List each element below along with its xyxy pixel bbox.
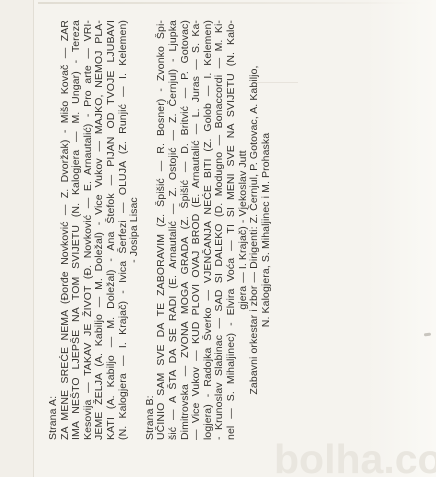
side-a-heading: Strana A: — [48, 20, 60, 440]
track-line: šić — A ŠTA DA SE RADI (E. Arnautalić — … — [168, 20, 180, 440]
track-line: — Vice Vukov — KUD PLOVI OVAJ BROD (E. A… — [191, 20, 203, 440]
track-line: KATI (A. Kabiljo — M. Doležal) - Ana Šte… — [106, 20, 118, 440]
track-line-artist: - Josipa Lisac — [129, 20, 141, 440]
card-left-margin — [0, 0, 33, 477]
scanned-cassette-inlay: Strana A: ZA MENE SREĆE NEMA (Đorđe Novk… — [0, 0, 436, 477]
credits-line: N. Kalogjera, S. Mihaljinec i M. Prohask… — [261, 20, 273, 440]
scan-light-band — [366, 0, 436, 477]
credits-line: Zabavni orkestar i zbor — Dirigenti: Z. … — [249, 20, 261, 440]
card-fold-edge — [33, 0, 34, 477]
tracklist-rotated-text: Strana A: ZA MENE SREĆE NEMA (Đorđe Novk… — [48, 20, 272, 440]
bolha-watermark: bolha.com — [274, 436, 436, 477]
track-line: nel — S. Mihaljinec) - Elvira Voća — TI … — [226, 20, 238, 440]
